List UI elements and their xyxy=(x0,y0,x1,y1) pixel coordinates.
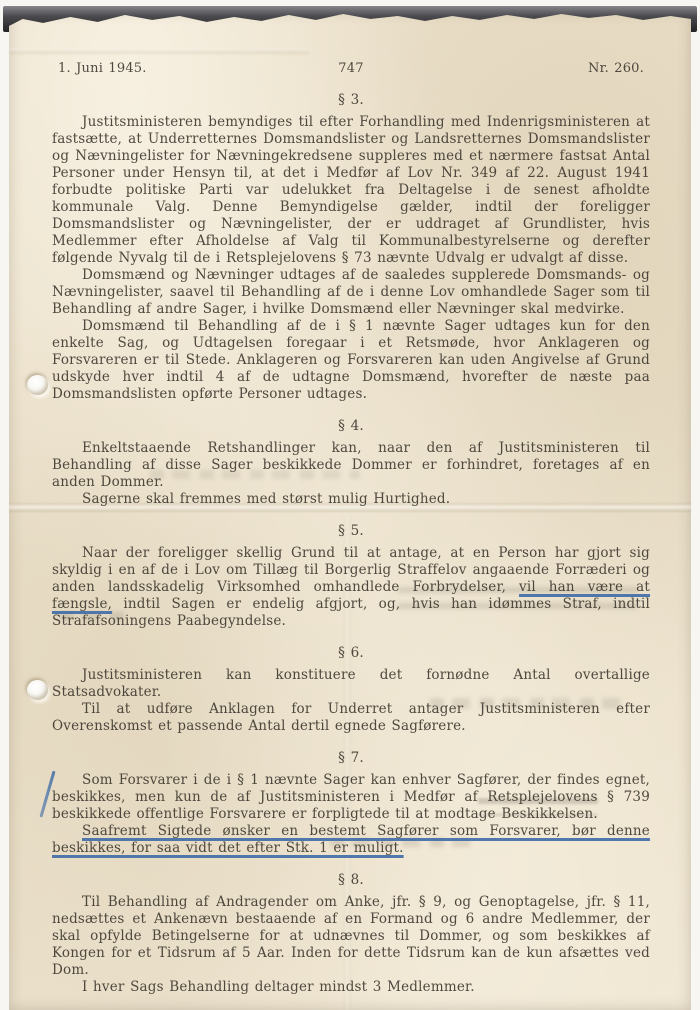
paragraph: Som Forsvarer i de i § 1 nævnte Sager ka… xyxy=(52,772,650,823)
section-3: § 3. Justitsministeren bemyndiges til ef… xyxy=(52,92,650,403)
paragraph: Naar der foreligger skellig Grund til at… xyxy=(52,545,650,630)
paragraph: Domsmænd og Nævninger udtages af de saal… xyxy=(52,267,650,318)
paragraph: Enkeltstaaende Retshandlinger kan, naar … xyxy=(52,440,650,491)
section-7: § 7. Som Forsvarer i de i § 1 nævnte Sag… xyxy=(52,750,650,857)
paragraph: Sagerne skal fremmes med størst mulig Hu… xyxy=(52,491,650,508)
paragraph: I hver Sags Behandling deltager mindst 3… xyxy=(52,979,650,996)
page-header: 1. Juni 1945. 747 Nr. 260. xyxy=(58,60,644,77)
scanned-document-screen: 1. Juni 1945. 747 Nr. 260. § 3. Justitsm… xyxy=(0,0,700,1010)
section-5: § 5. Naar der foreligger skellig Grund t… xyxy=(52,523,650,630)
section-heading: § 7. xyxy=(52,750,650,767)
section-8: § 8. Til Behandling af Andragender om An… xyxy=(52,872,650,996)
punch-hole xyxy=(27,680,48,700)
section-heading: § 5. xyxy=(52,523,650,540)
paragraph-text: indtil Sagen er endelig afgjort, og, hvi… xyxy=(52,596,650,629)
section-heading: § 4. xyxy=(52,418,650,435)
section-6: § 6. Justitsministeren kan konstituere d… xyxy=(52,645,650,735)
paragraph: Saafremt Sigtede ønsker en bestemt Sagfø… xyxy=(52,823,650,857)
paragraph: Til Behandling af Andragender om Anke, j… xyxy=(52,894,650,979)
punch-hole xyxy=(27,375,48,395)
ink-underline-annotation: Saafremt Sigtede ønsker en bestemt Sagfø… xyxy=(52,823,650,856)
section-heading: § 8. xyxy=(52,872,650,889)
top-wrinkle-crease xyxy=(9,48,309,54)
paragraph: Justitsministeren kan konstituere det fo… xyxy=(52,667,650,701)
section-heading: § 3. xyxy=(52,92,650,109)
paragraph: Justitsministeren bemyndiges til efter F… xyxy=(52,114,650,267)
section-4: § 4. Enkeltstaaende Retshandlinger kan, … xyxy=(52,418,650,508)
header-page-number: 747 xyxy=(58,60,644,77)
paragraph: Domsmænd til Behandling af de i § 1 nævn… xyxy=(52,318,650,403)
section-heading: § 6. xyxy=(52,645,650,662)
paragraph: Til at udføre Anklagen for Underret anta… xyxy=(52,701,650,735)
printed-text: 1. Juni 1945. 747 Nr. 260. § 3. Justitsm… xyxy=(52,60,650,996)
